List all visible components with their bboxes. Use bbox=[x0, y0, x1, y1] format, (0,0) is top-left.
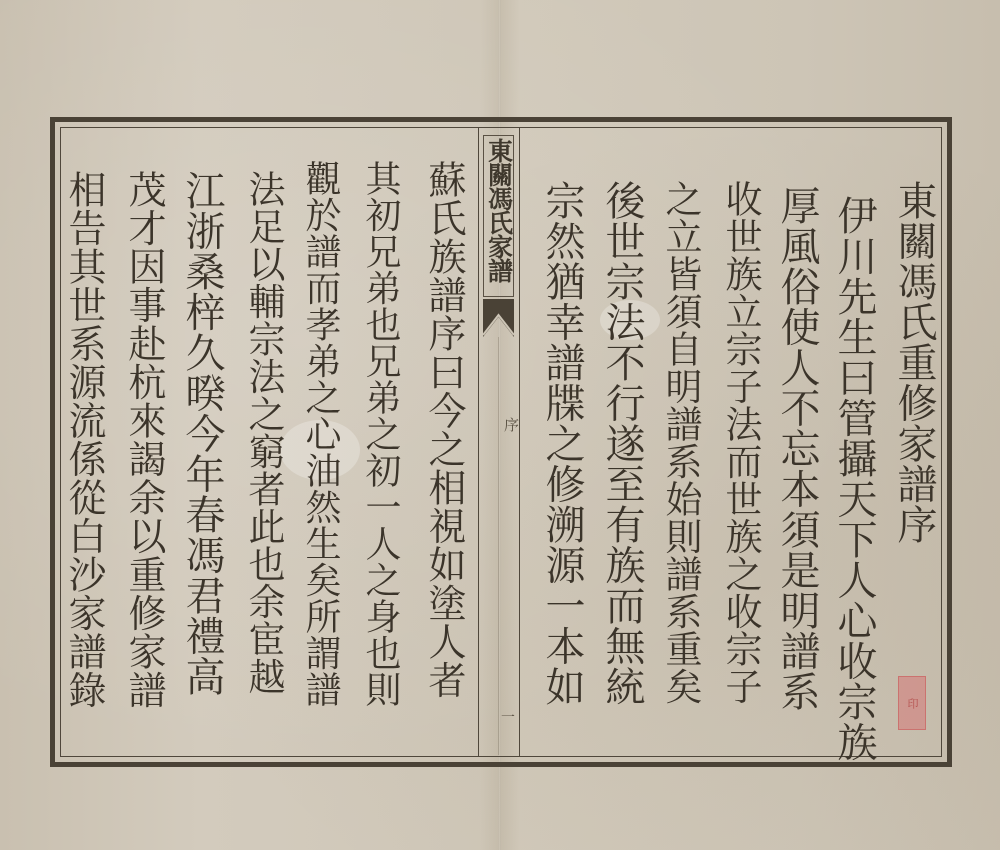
text-column-10: 觀於譜而孝弟之心油然生矣所謂譜 bbox=[302, 160, 339, 708]
red-seal-stamp: 印 bbox=[898, 676, 926, 730]
text-column-4: 收世族立宗子法而世族之收宗子 bbox=[720, 180, 760, 705]
section-label: 序 bbox=[501, 417, 522, 432]
center-banner-column: 東關馮氏家譜 序 一 bbox=[478, 127, 520, 757]
text-column-5: 之立皆須自明譜系始則譜系重矣 bbox=[660, 180, 700, 705]
text-column-13: 茂才因事赴杭來謁余以重修家譜 bbox=[123, 170, 164, 709]
page-number: 一 bbox=[501, 707, 515, 727]
text-column-14: 相告其世系源流係從白沙家譜錄 bbox=[63, 170, 104, 709]
fishtail-ornament-icon bbox=[483, 299, 514, 339]
text-column-9: 其初兄弟也兄弟之初一人之身也則 bbox=[362, 160, 399, 708]
text-column-7: 宗然猶幸譜牒之修溯源一本如 bbox=[540, 180, 584, 707]
text-column-1: 東關馮氏重修家譜序 bbox=[892, 180, 936, 545]
text-column-6: 後世宗法不行遂至有族而無統 bbox=[600, 180, 644, 707]
text-column-11: 法足以輔宗法之窮者此也余宦越 bbox=[243, 170, 283, 695]
book-title: 東關馮氏家譜 bbox=[483, 135, 514, 297]
text-column-3: 厚風俗使人不忘本須是明譜系 bbox=[775, 185, 819, 712]
text-column-12: 江浙桑梓久暌今年春馮君禮高 bbox=[180, 170, 224, 697]
center-guide-line bbox=[498, 337, 499, 755]
text-column-8: 蘇氏族譜序曰今之相視如塗人者 bbox=[423, 160, 464, 699]
text-column-2: 伊川先生曰管攝天下人心收宗族 bbox=[832, 195, 876, 762]
